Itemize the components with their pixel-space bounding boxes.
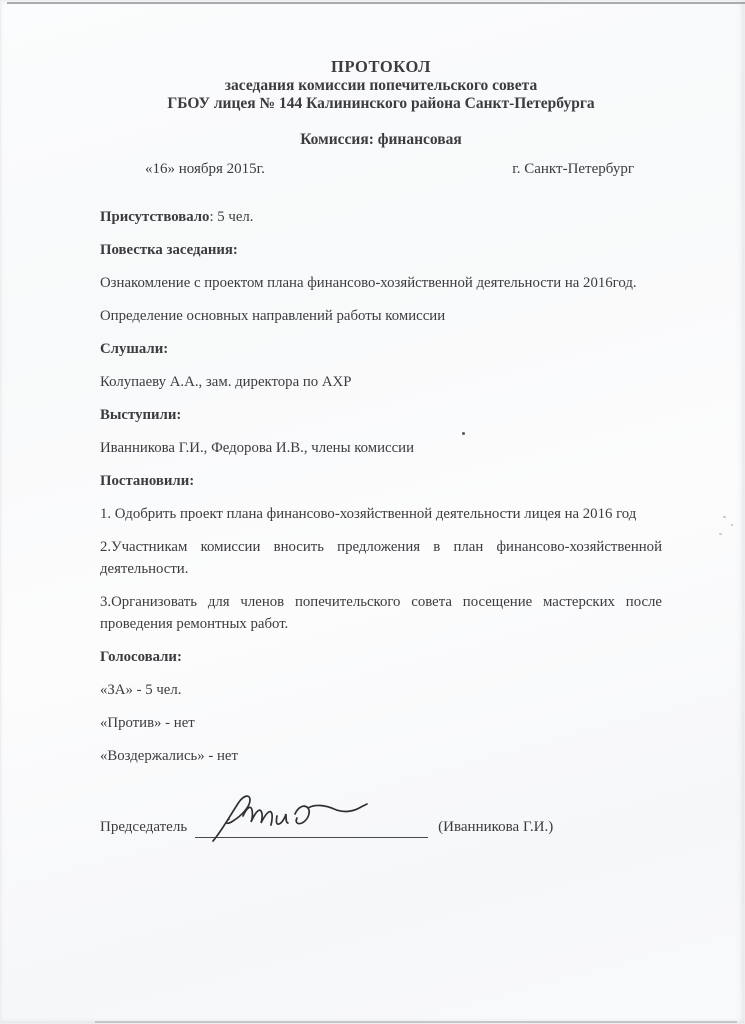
- heard-heading: Слушали:: [100, 338, 662, 360]
- protocol-document: ПРОТОКОЛ заседания комиссии попечительск…: [0, 0, 745, 838]
- commission-line: Комиссия: финансовая: [100, 131, 662, 149]
- scan-speck: [719, 533, 722, 535]
- agenda-item-2: Определение основных направлений работы …: [100, 305, 662, 327]
- signature-row: Председатель (Иванникова Г.И.): [100, 797, 662, 838]
- attendance-value: : 5 чел.: [209, 209, 253, 225]
- agenda-heading: Повестка заседания:: [100, 239, 662, 261]
- scanned-protocol-page: ПРОТОКОЛ заседания комиссии попечительск…: [0, 0, 745, 1024]
- spoke-text: Иванникова Г.И., Федорова И.В., члены ко…: [100, 437, 662, 459]
- document-title: ПРОТОКОЛ: [100, 57, 662, 77]
- heard-text: Колупаеву А.А., зам. директора по АХР: [100, 371, 662, 393]
- spoke-heading: Выступили:: [100, 404, 662, 426]
- resolved-item-1: 1. Одобрить проект плана финансово-хозяй…: [100, 503, 662, 525]
- chairman-name: (Иванникова Г.И.): [438, 816, 553, 838]
- resolved-item-3: 3.Организовать для членов попечительског…: [100, 591, 662, 635]
- document-city: г. Санкт-Петербург: [512, 158, 662, 180]
- scan-speck: [462, 432, 465, 435]
- vote-against-line: «Против» - нет: [100, 712, 662, 734]
- document-subtitle-line2: ГБОУ лицея № 144 Калининского района Сан…: [100, 95, 662, 113]
- vote-abstained-line: «Воздержались» - нет: [100, 745, 662, 767]
- scan-speck: [731, 524, 733, 526]
- date-city-row: «16» ноября 2015г. г. Санкт-Петербург: [100, 158, 662, 180]
- chairman-label: Председатель: [100, 816, 187, 838]
- signature-line: [195, 797, 428, 838]
- scan-speck: [723, 516, 726, 518]
- resolved-heading: Постановили:: [100, 470, 662, 492]
- attendance-line: Присутствовало: 5 чел.: [100, 206, 662, 228]
- vote-for-line: «ЗА» - 5 чел.: [100, 679, 662, 701]
- attendance-label: Присутствовало: [100, 209, 209, 225]
- document-subtitle-line1: заседания комиссии попечительского совет…: [100, 77, 662, 95]
- agenda-item-1: Ознакомление с проектом плана финансово-…: [100, 272, 662, 294]
- resolved-item-2: 2.Участникам комиссии вносить предложени…: [100, 536, 662, 580]
- voting-heading: Голосовали:: [100, 646, 662, 668]
- document-date: «16» ноября 2015г.: [100, 158, 265, 180]
- document-body: Присутствовало: 5 чел. Повестка заседани…: [100, 206, 662, 838]
- scan-edge-bottom: [95, 1021, 737, 1023]
- chairman-signature-scribble: [207, 792, 377, 844]
